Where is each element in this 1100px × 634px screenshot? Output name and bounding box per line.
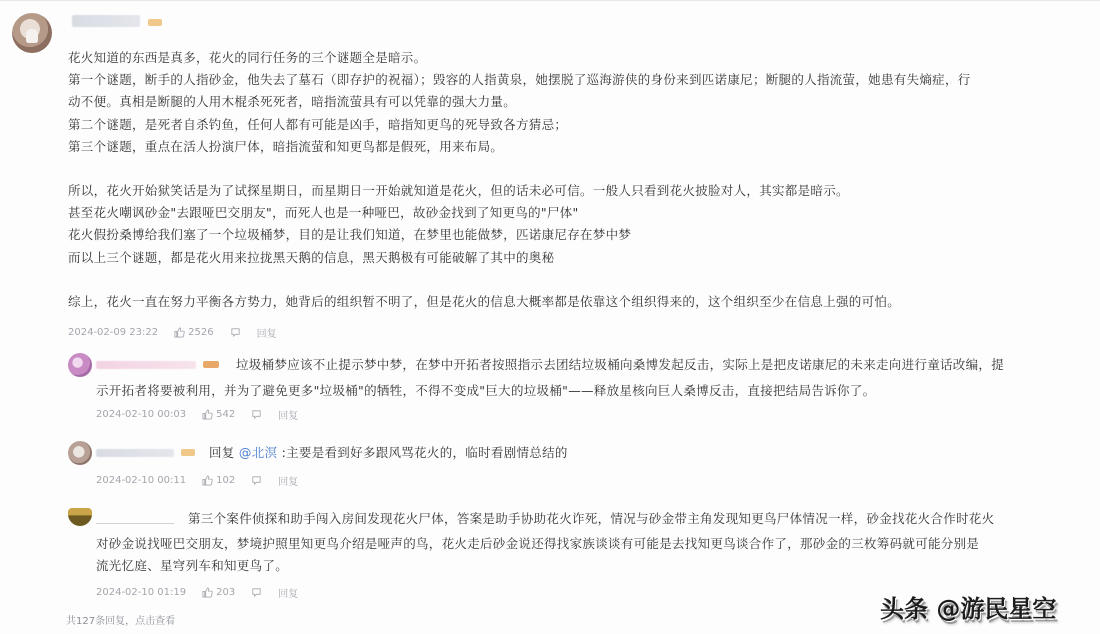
reply-line: 示开拓者将要被利用，并为了避免更多"垃圾桶"的牺牲，不得不变成"巨大的垃圾桶"—… <box>96 380 875 402</box>
reply-button[interactable]: 回复 <box>278 473 298 488</box>
comment-paragraph: 花火知道的东西是真多，花火的同行任务的三个谜题全是暗示。 <box>68 47 1088 69</box>
avatar[interactable] <box>68 441 92 465</box>
comment-paragraph: 花火假扮桑博给我们塞了一个垃圾桶梦，目的是让我们知道，在梦里也能做梦，匹诺康尼存… <box>68 224 1088 246</box>
comment-icon[interactable] <box>230 327 241 338</box>
reply-body-cont: 示开拓者将要被利用，并为了避免更多"垃圾桶"的牺牲，不得不变成"巨大的垃圾桶"—… <box>96 380 875 402</box>
like-button[interactable]: 542 <box>202 409 235 420</box>
comment-paragraph: 所以，花火开始狱笑话是为了试探星期日，而星期日一开始就知道是花火，但的话未必可信… <box>68 180 1088 202</box>
mention-link[interactable]: @北溟 <box>239 445 277 460</box>
level-badge-icon <box>148 19 162 26</box>
thumbs-up-icon <box>202 409 213 420</box>
like-count: 203 <box>216 587 235 598</box>
comment-paragraph: 甚至花火嘲讽砂金"去跟哑巴交朋友"，而死人也是一种哑巴，故砂金找到了知更鸟的"尸… <box>68 202 1088 224</box>
comment-thread: 花火知道的东西是真多，花火的同行任务的三个谜题全是暗示。 第一个谜题，断手的人指… <box>0 0 1100 634</box>
username[interactable] <box>96 523 174 524</box>
comment-paragraph: 综上，花火一直在努力平衡各方势力，她背后的组织暂不明了，但是花火的信息大概率都是… <box>68 291 1088 313</box>
timestamp: 2024-02-10 01:19 <box>96 587 186 598</box>
like-button[interactable]: 2526 <box>174 327 213 338</box>
comment-paragraph: 第二个谜题，是死者自杀钓鱼，任何人都有可能是凶手，暗指知更鸟的死导致各方猜忌； <box>68 114 1088 136</box>
username[interactable] <box>96 361 196 369</box>
avatar[interactable] <box>68 508 92 526</box>
reply-line: 对砂金说找哑巴交朋友，梦境护照里知更鸟介绍是哑声的鸟，花火走后砂金说还得找家族谈… <box>96 533 979 555</box>
comment-meta: 2024-02-09 23:22 2526 回复 <box>68 325 277 340</box>
comment-paragraph: 第三个谜题，重点在活人扮演尸体，暗指流萤和知更鸟都是假死，用来布局。 <box>68 136 1088 158</box>
timestamp: 2024-02-10 00:03 <box>96 409 186 420</box>
watermark: 头条 @游民星空 <box>880 589 1056 624</box>
reply-prefix: 回复 <box>209 445 235 460</box>
like-count: 542 <box>216 409 235 420</box>
avatar[interactable] <box>12 13 52 53</box>
comment-icon[interactable] <box>251 475 262 486</box>
reply-body-cont: 对砂金说找哑巴交朋友，梦境护照里知更鸟介绍是哑声的鸟，花火走后砂金说还得找家族谈… <box>96 533 979 577</box>
reply-button[interactable]: 回复 <box>278 407 298 422</box>
avatar[interactable] <box>68 353 92 377</box>
thumbs-up-icon <box>202 475 213 486</box>
reply-button[interactable]: 回复 <box>278 585 298 600</box>
view-more-replies-link[interactable]: 共127条回复，点击查看 <box>66 612 175 627</box>
comment-paragraph: 而以上三个谜题，都是花火用来拉拢黑天鹅的信息，黑天鹅极有可能破解了其中的奥秘 <box>68 247 1088 269</box>
reply-line: 第三个案件侦探和助手闯入房间发现花火尸体，答案是助手协助花火诈死，情况与砂金带主… <box>188 508 994 530</box>
level-badge-icon <box>203 361 219 368</box>
thumbs-up-icon <box>174 327 185 338</box>
reply-line: 流光忆庭、星穹列车和知更鸟了。 <box>96 555 979 577</box>
level-badge-icon <box>181 449 195 456</box>
comment-paragraph: 第一个谜题，断手的人指砂金，他失去了墓石（即存护的祝福）；毁容的人指黄泉，她摆脱… <box>68 69 1088 91</box>
comment-body: 花火知道的东西是真多，花火的同行任务的三个谜题全是暗示。 第一个谜题，断手的人指… <box>68 47 1088 313</box>
timestamp: 2024-02-09 23:22 <box>68 327 158 338</box>
reply-body: 回复 @北溟 :主要是看到好多跟风骂花火的，临时看剧情总结的 <box>209 442 568 464</box>
like-count: 2526 <box>188 327 213 338</box>
reply-meta: 2024-02-10 00:03 542 回复 <box>96 407 298 422</box>
like-count: 102 <box>216 475 235 486</box>
comment-icon[interactable] <box>251 587 262 598</box>
reply-line: :主要是看到好多跟风骂花火的，临时看剧情总结的 <box>282 445 568 460</box>
username[interactable] <box>72 15 140 27</box>
like-button[interactable]: 203 <box>202 587 235 598</box>
comment-icon[interactable] <box>251 409 262 420</box>
like-button[interactable]: 102 <box>202 475 235 486</box>
reply-body: 垃圾桶梦应该不止提示梦中梦，在梦中开拓者按照指示去团结垃圾桶向桑博发起反击，实际… <box>236 354 1004 376</box>
timestamp: 2024-02-10 00:11 <box>96 475 186 486</box>
reply-line: 垃圾桶梦应该不止提示梦中梦，在梦中开拓者按照指示去团结垃圾桶向桑博发起反击，实际… <box>236 354 1004 376</box>
reply-button[interactable]: 回复 <box>257 325 277 340</box>
comment-paragraph: 动不便。真相是断腿的人用木棍杀死死者，暗指流萤具有可以凭靠的强大力量。 <box>68 91 1088 113</box>
reply-meta: 2024-02-10 00:11 102 回复 <box>96 473 298 488</box>
username[interactable] <box>96 449 174 457</box>
reply-body: 第三个案件侦探和助手闯入房间发现花火尸体，答案是助手协助花火诈死，情况与砂金带主… <box>188 508 994 530</box>
reply-meta: 2024-02-10 01:19 203 回复 <box>96 585 298 600</box>
thumbs-up-icon <box>202 587 213 598</box>
